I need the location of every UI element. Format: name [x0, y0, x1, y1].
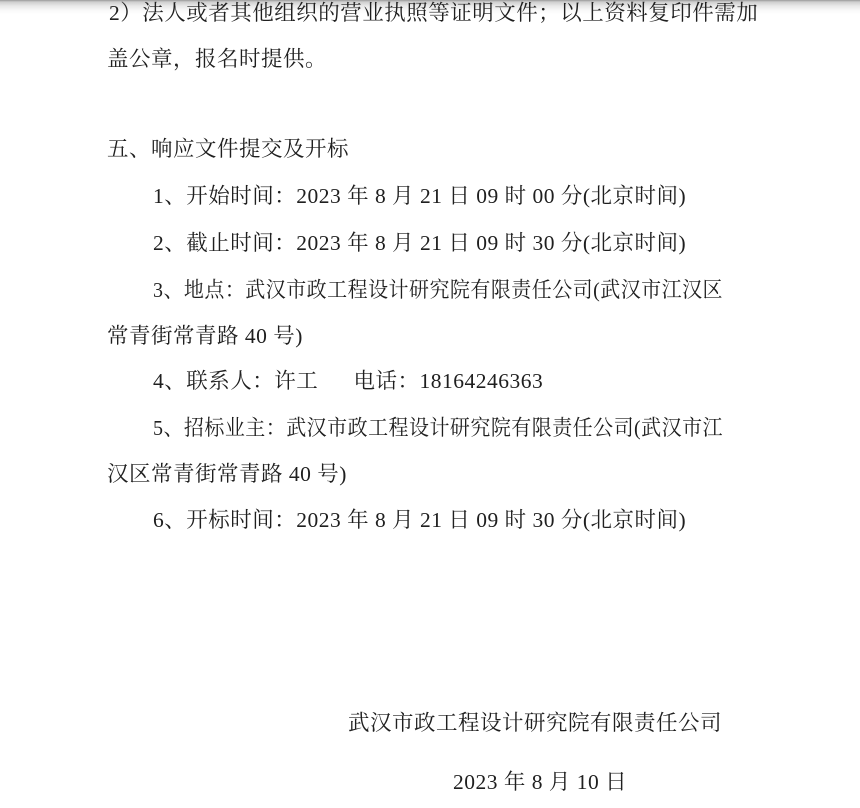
clause-2-line-1: 2）法人或者其他组织的营业执照等证明文件；以上资料复印件需加 — [109, 0, 758, 27]
item-deadline-time: 2、截止时间：2023 年 8 月 21 日 09 时 30 分(北京时间) — [153, 230, 686, 257]
clause-2-line-2: 盖公章，报名时提供。 — [107, 46, 327, 73]
signature-date: 2023 年 8 月 10 日 — [453, 769, 627, 796]
item-location-line-1: 3、地点：武汉市政工程设计研究院有限责任公司(武汉市江汉区 — [153, 277, 723, 304]
item-contact: 4、联系人：许工 电话：18164246363 — [153, 368, 543, 395]
section-5-heading: 五、响应文件提交及开标 — [107, 136, 349, 163]
document-page: 2）法人或者其他组织的营业执照等证明文件；以上资料复印件需加 盖公章，报名时提供… — [0, 0, 860, 808]
item-owner-line-2: 汉区常青街常青路 40 号) — [107, 461, 347, 488]
item-start-time: 1、开始时间：2023 年 8 月 21 日 09 时 00 分(北京时间) — [153, 183, 686, 210]
item-location-line-2: 常青街常青路 40 号) — [107, 323, 303, 350]
signature-company: 武汉市政工程设计研究院有限责任公司 — [348, 710, 722, 737]
item-opening-time: 6、开标时间：2023 年 8 月 21 日 09 时 30 分(北京时间) — [153, 507, 686, 534]
item-owner-line-1: 5、招标业主：武汉市政工程设计研究院有限责任公司(武汉市江 — [153, 415, 723, 442]
